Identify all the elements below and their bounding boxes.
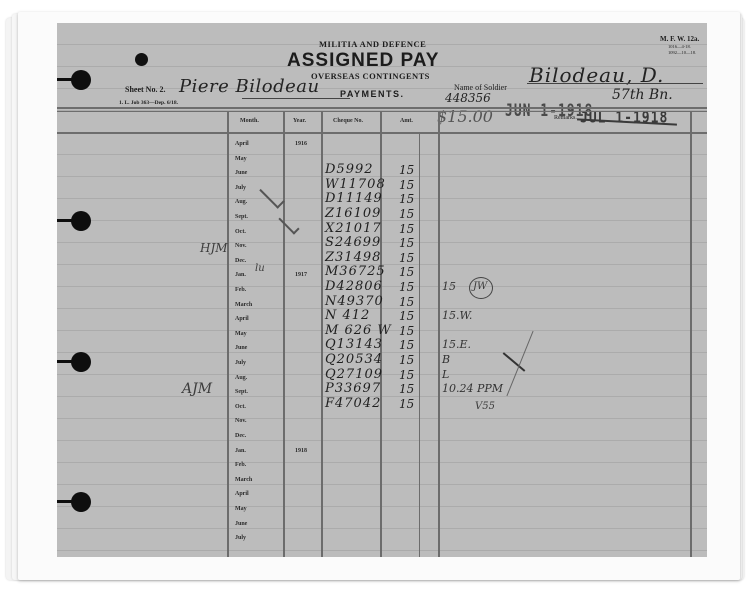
- punch-dot-icon: [135, 53, 148, 66]
- sheet-name-handwritten: Piere Bilodeau: [179, 76, 320, 97]
- print-reference: 1. L. Job 363—Dep. 6/18.: [119, 100, 178, 106]
- scanned-pay-ledger: MILITIA AND DEFENCE ASSIGNED PAY OVERSEA…: [57, 23, 707, 557]
- column-divider: [690, 111, 692, 557]
- diagonal-line-mark: [506, 331, 533, 396]
- binder-hole-icon: [71, 70, 91, 90]
- sheet-number-label: Sheet No. 2.: [125, 85, 165, 94]
- battalion: 57th Bn.: [612, 87, 673, 103]
- column-header-year: Year.: [293, 118, 306, 124]
- table-row: July: [227, 528, 427, 550]
- department-heading: MILITIA AND DEFENCE: [319, 39, 426, 49]
- column-divider: [438, 111, 440, 557]
- assigned-amount: $15.00: [437, 107, 493, 126]
- circled-initials: JW: [473, 281, 487, 292]
- sept-note: V55: [475, 401, 495, 412]
- binder-hole-icon: [71, 211, 91, 231]
- initials-hjm: HJM: [200, 241, 228, 255]
- column-header-cheque: Cheque No.: [333, 118, 363, 124]
- binder-hole-icon: [71, 352, 91, 372]
- header-rule-thin: [57, 111, 707, 112]
- form-subtitle: OVERSEAS CONTINGENTS: [311, 71, 430, 81]
- form-code-sub: 1016—4-18. 1092—10—18.: [668, 44, 696, 56]
- binder-hole-icon: [71, 492, 91, 512]
- soldier-name-underline: [527, 83, 703, 84]
- header-rule: [57, 107, 707, 109]
- form-title: ASSIGNED PAY: [287, 50, 439, 72]
- regimental-number: 448356: [445, 91, 491, 105]
- name-underline: [242, 98, 350, 99]
- initials-ajm: AJM: [182, 381, 212, 397]
- jan-margin-mark: lu: [255, 263, 265, 274]
- column-header-month: Month.: [240, 118, 259, 124]
- form-code: M. F. W. 12a.: [660, 35, 699, 43]
- column-header-amount: Amt.: [400, 118, 413, 124]
